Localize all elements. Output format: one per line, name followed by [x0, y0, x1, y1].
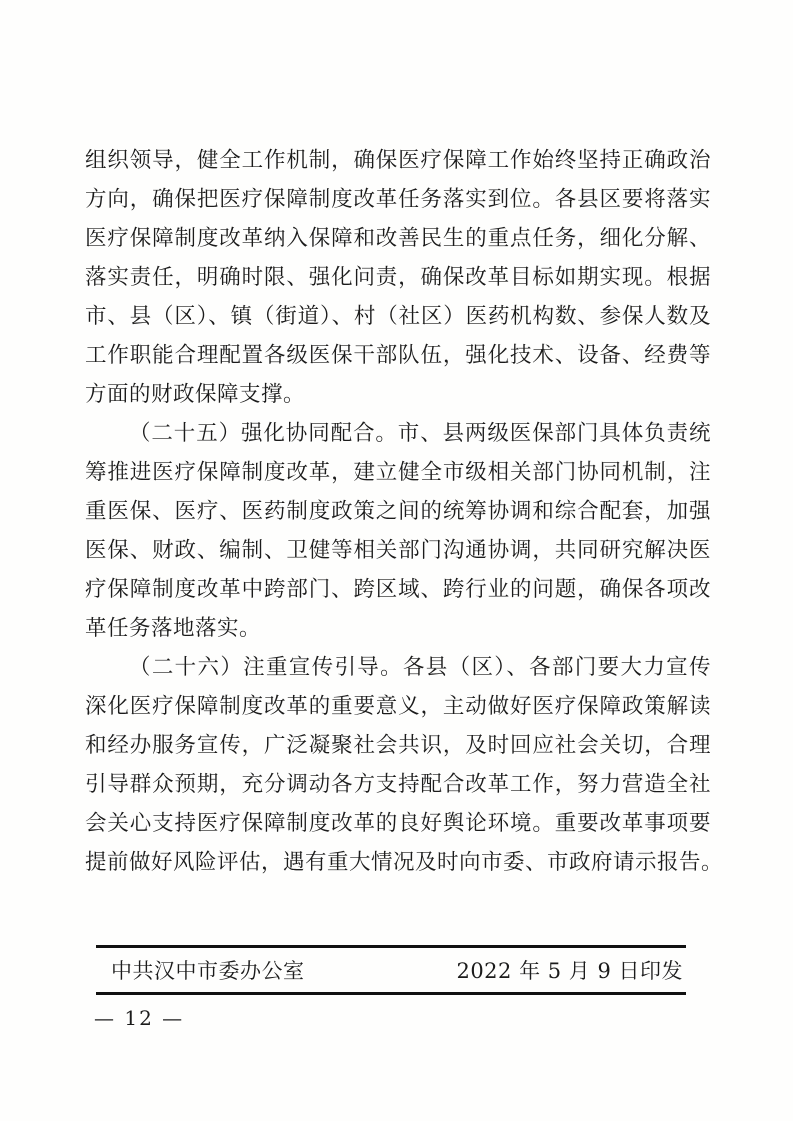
footer-divider-top — [96, 945, 686, 948]
footer-divider-bottom — [96, 992, 686, 995]
body-text-line-section-26: （二十六）注重宣传引导。各县（区）、各部门要大力宣传 — [85, 648, 711, 687]
body-text-line: 重医保、医疗、医药制度政策之间的统筹协调和综合配套，加强 — [85, 492, 711, 531]
footer-print-date: 2022 年 5 月 9 日印发 — [456, 955, 683, 985]
body-text-line: 会关心支持医疗保障制度改革的良好舆论环境。重要改革事项要 — [85, 804, 711, 843]
body-text-line: 和经办服务宣传，广泛凝聚社会共识，及时回应社会关切，合理 — [85, 726, 711, 765]
document-page: 组织领导，健全工作机制，确保医疗保障工作始终坚持正确政治 方向，确保把医疗保障制… — [0, 0, 793, 1121]
body-text-line: 引导群众预期，充分调动各方支持配合改革工作，努力营造全社 — [85, 765, 711, 804]
body-text-line: 医疗保障制度改革纳入保障和改善民生的重点任务，细化分解、 — [85, 219, 711, 258]
page-number: — 12 — — [94, 1006, 184, 1030]
body-text-line: 筹推进医疗保障制度改革，建立健全市级相关部门协同机制，注 — [85, 453, 711, 492]
body-text-line: 深化医疗保障制度改革的重要意义，主动做好医疗保障政策解读 — [85, 687, 711, 726]
body-text-line: 疗保障制度改革中跨部门、跨区域、跨行业的问题，确保各项改 — [85, 570, 711, 609]
body-text-line: 医保、财政、编制、卫健等相关部门沟通协调，共同研究解决医 — [85, 531, 711, 570]
body-text-line: 落实责任，明确时限、强化问责，确保改革目标如期实现。根据 — [85, 258, 711, 297]
body-text-line: 方面的财政保障支撑。 — [85, 375, 711, 414]
body-text-line: 组织领导，健全工作机制，确保医疗保障工作始终坚持正确政治 — [85, 141, 711, 180]
body-text-line: 革任务落地落实。 — [85, 609, 711, 648]
document-footer: 中共汉中市委办公室 2022 年 5 月 9 日印发 — [96, 950, 686, 990]
body-text-line: 提前做好风险评估，遇有重大情况及时向市委、市政府请示报告。 — [85, 843, 711, 882]
footer-issuer: 中共汉中市委办公室 — [111, 955, 305, 985]
document-body: 组织领导，健全工作机制，确保医疗保障工作始终坚持正确政治 方向，确保把医疗保障制… — [85, 141, 711, 882]
body-text-line: 市、县（区）、镇（街道）、村（社区）医药机构数、参保人数及 — [85, 297, 711, 336]
body-text-line: 工作职能合理配置各级医保干部队伍，强化技术、设备、经费等 — [85, 336, 711, 375]
body-text-line-section-25: （二十五）强化协同配合。市、县两级医保部门具体负责统 — [85, 414, 711, 453]
body-text-line: 方向，确保把医疗保障制度改革任务落实到位。各县区要将落实 — [85, 180, 711, 219]
